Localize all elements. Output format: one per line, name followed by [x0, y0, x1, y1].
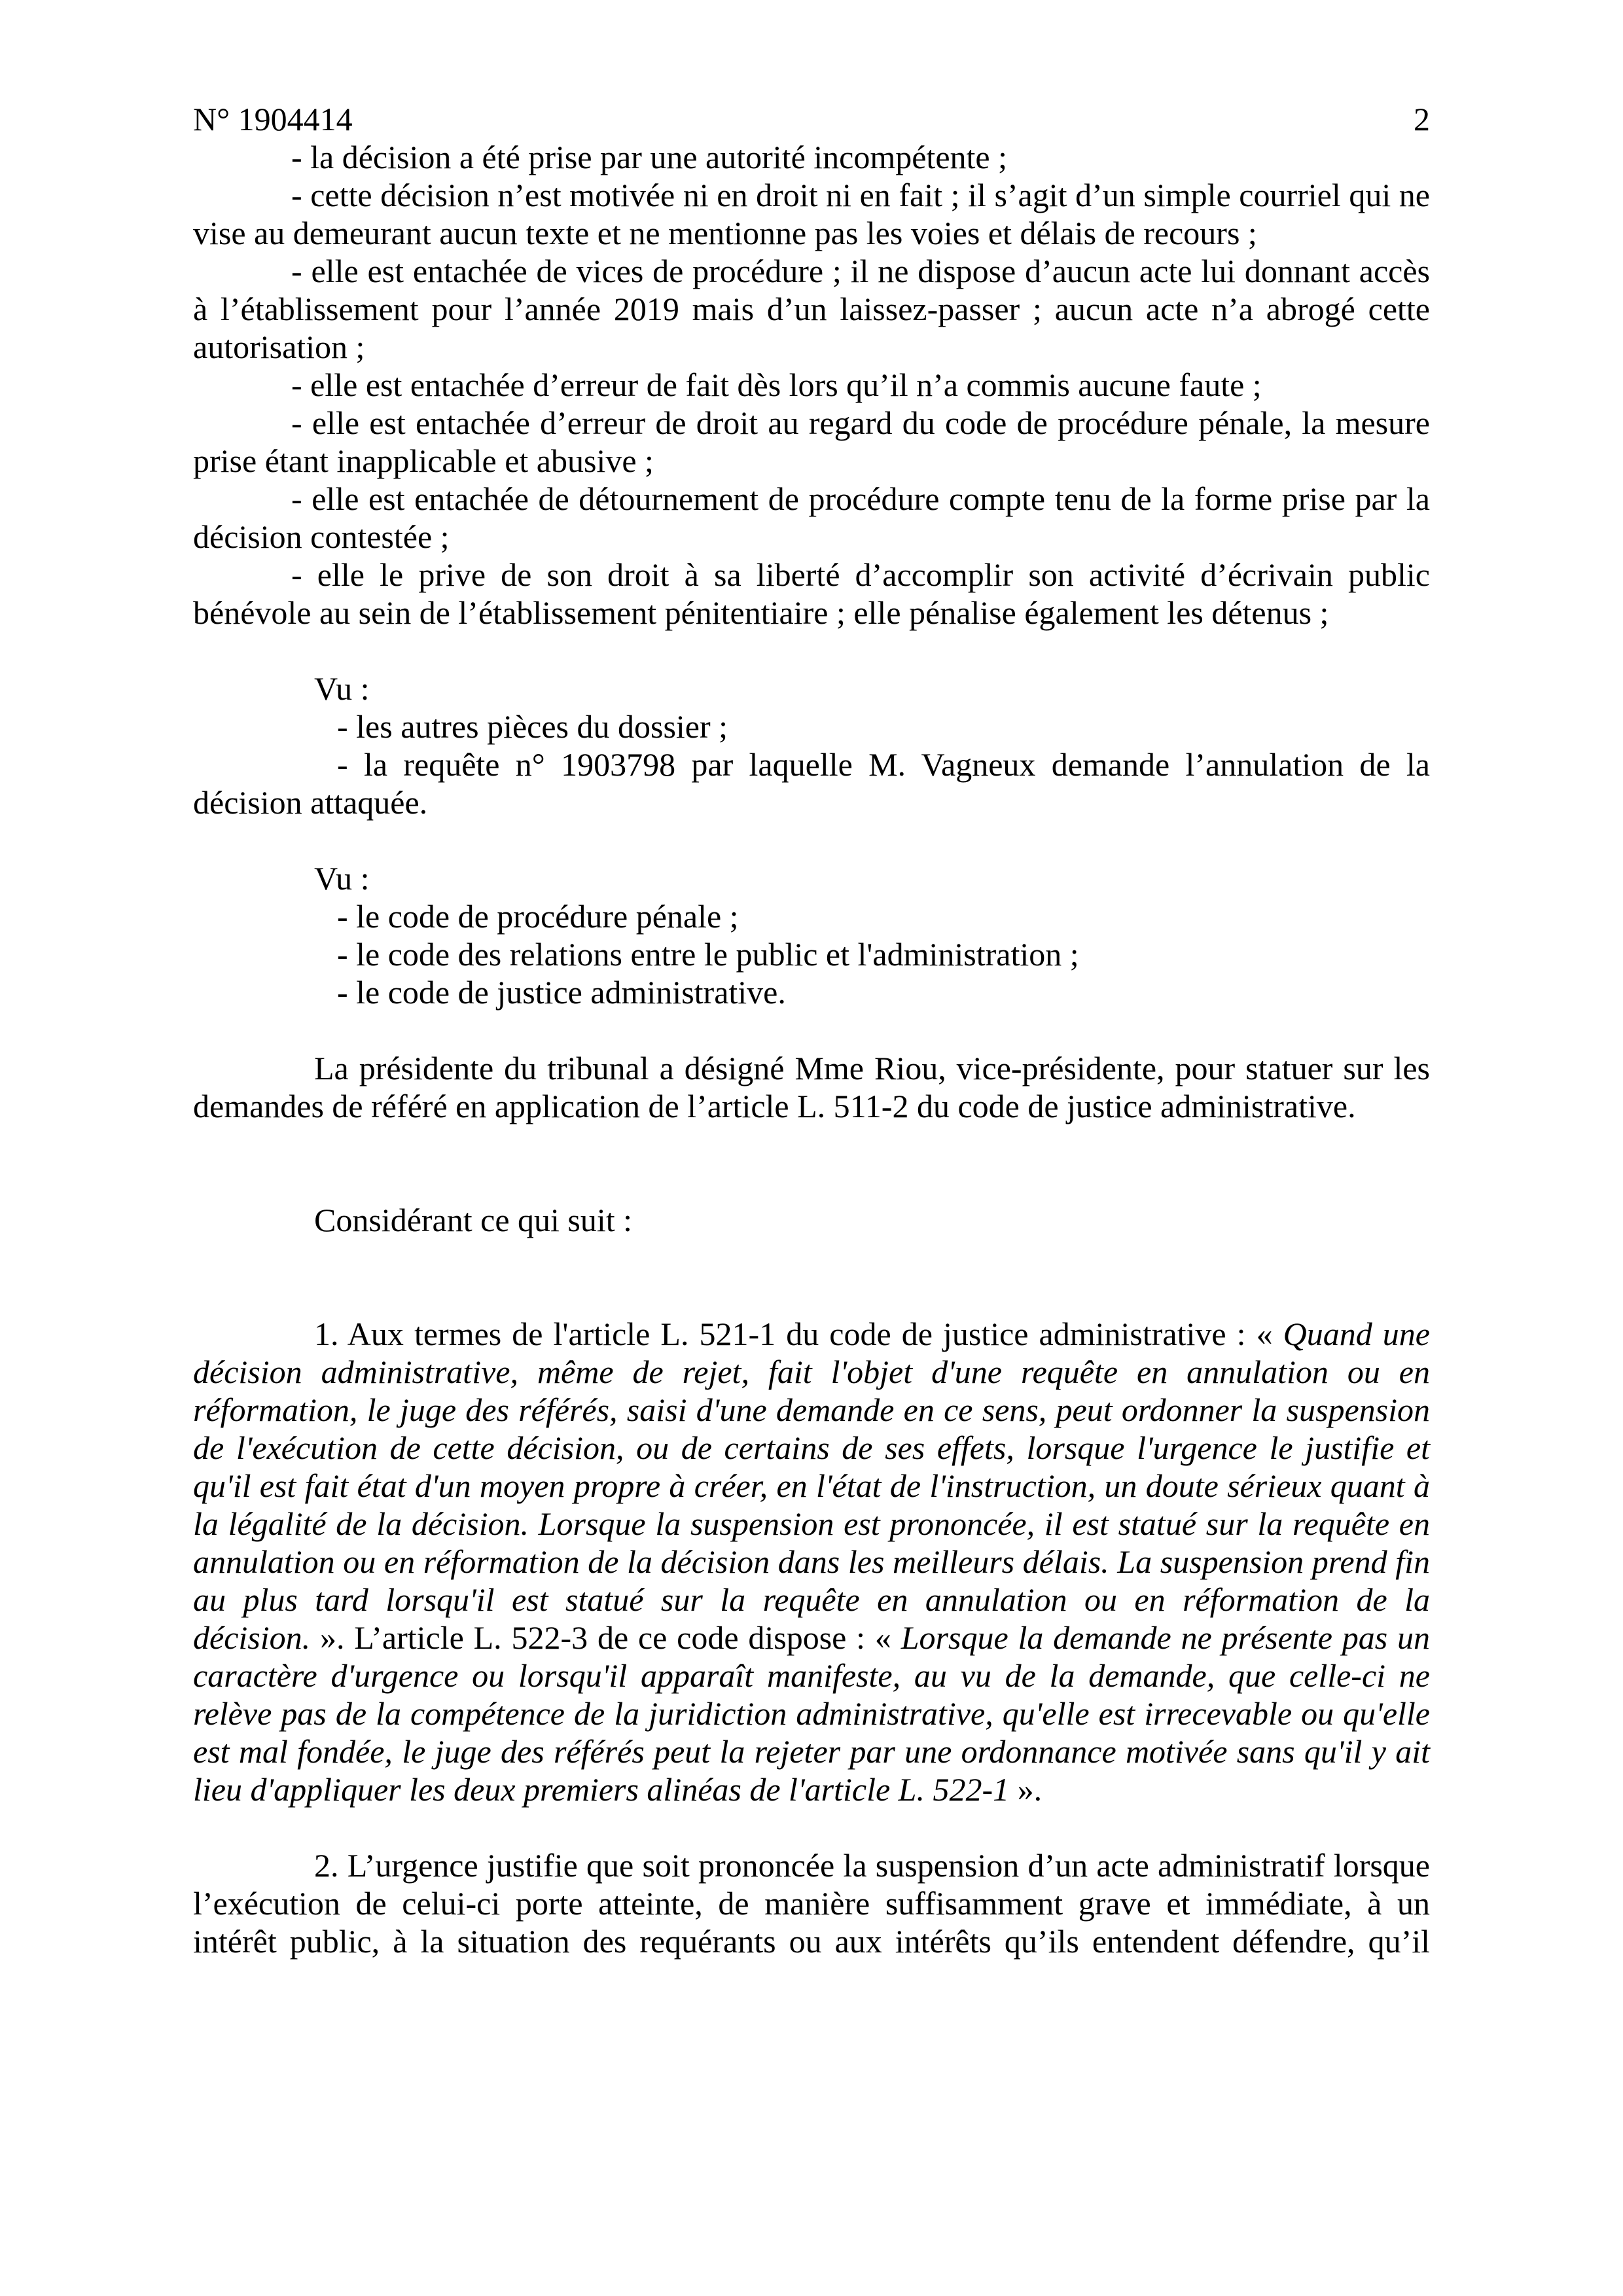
blank-line — [193, 1125, 1430, 1163]
text-run: La présidente du tribunal a désigné Mme … — [193, 1050, 1430, 1124]
text-run: - le code des relations entre le public … — [337, 936, 1079, 973]
text-run: 1. Aux termes de l'article L. 521-1 du c… — [314, 1316, 1283, 1352]
text-run: Considérant ce qui suit : — [314, 1202, 632, 1238]
paragraph: - les autres pièces du dossier ; — [193, 708, 1430, 745]
blank-line — [193, 1239, 1430, 1277]
text-run: - elle est entachée de vices de procédur… — [193, 253, 1430, 365]
blank-line — [193, 1808, 1430, 1846]
text-run: - la décision a été prise par une autori… — [291, 139, 1007, 175]
paragraph: - elle est entachée d’erreur de droit au… — [193, 404, 1430, 480]
document-body: - la décision a été prise par une autori… — [193, 138, 1430, 1960]
paragraph: Considérant ce qui suit : — [193, 1201, 1430, 1239]
text-run: - elle est entachée d’erreur de droit au… — [193, 404, 1430, 479]
text-run: ». L’article L. 522-3 de ce code dispose… — [310, 1619, 901, 1656]
paragraph: 2. L’urgence justifie que soit prononcée… — [193, 1846, 1430, 1960]
paragraph: Vu : — [193, 859, 1430, 897]
text-run: 2. L’urgence justifie que soit prononcée… — [193, 1847, 1430, 1960]
page-number: 2 — [1414, 100, 1430, 138]
text-run: - le code de procédure pénale ; — [337, 898, 739, 935]
paragraph: Vu : — [193, 670, 1430, 708]
quoted-statute-text: Quand une décision administrative, même … — [193, 1316, 1430, 1656]
paragraph: 1. Aux termes de l'article L. 521-1 du c… — [193, 1315, 1430, 1808]
text-run: - elle le prive de son droit à sa libert… — [193, 556, 1430, 631]
paragraph: - elle le prive de son droit à sa libert… — [193, 556, 1430, 632]
page-header: N° 1904414 2 — [193, 100, 1430, 138]
paragraph: - elle est entachée de détournement de p… — [193, 480, 1430, 556]
blank-line — [193, 1011, 1430, 1049]
paragraph: - elle est entachée d’erreur de fait dès… — [193, 366, 1430, 404]
paragraph: - la requête n° 1903798 par laquelle M. … — [193, 745, 1430, 821]
text-run: - la requête n° 1903798 par laquelle M. … — [193, 746, 1430, 821]
blank-line — [193, 1277, 1430, 1315]
paragraph: La présidente du tribunal a désigné Mme … — [193, 1049, 1430, 1125]
paragraph: - elle est entachée de vices de procédur… — [193, 252, 1430, 366]
document-page: N° 1904414 2 - la décision a été prise p… — [0, 0, 1623, 2296]
text-run: - cette décision n’est motivée ni en dro… — [193, 177, 1430, 251]
blank-line — [193, 1163, 1430, 1201]
paragraph: - le code des relations entre le public … — [193, 935, 1430, 973]
paragraph: - le code de justice administrative. — [193, 973, 1430, 1011]
blank-line — [193, 632, 1430, 670]
text-run: - le code de justice administrative. — [337, 974, 786, 1011]
text-run: - les autres pièces du dossier ; — [337, 708, 728, 745]
case-number: N° 1904414 — [193, 100, 353, 138]
text-run: - elle est entachée de détournement de p… — [193, 480, 1430, 555]
paragraph: - cette décision n’est motivée ni en dro… — [193, 176, 1430, 252]
paragraph: - la décision a été prise par une autori… — [193, 138, 1430, 176]
text-run: Vu : — [314, 860, 370, 897]
text-run: - elle est entachée d’erreur de fait dès… — [291, 367, 1262, 403]
paragraph: - le code de procédure pénale ; — [193, 897, 1430, 935]
blank-line — [193, 821, 1430, 859]
text-run: Vu : — [314, 670, 370, 707]
text-run: ». — [1009, 1771, 1042, 1808]
